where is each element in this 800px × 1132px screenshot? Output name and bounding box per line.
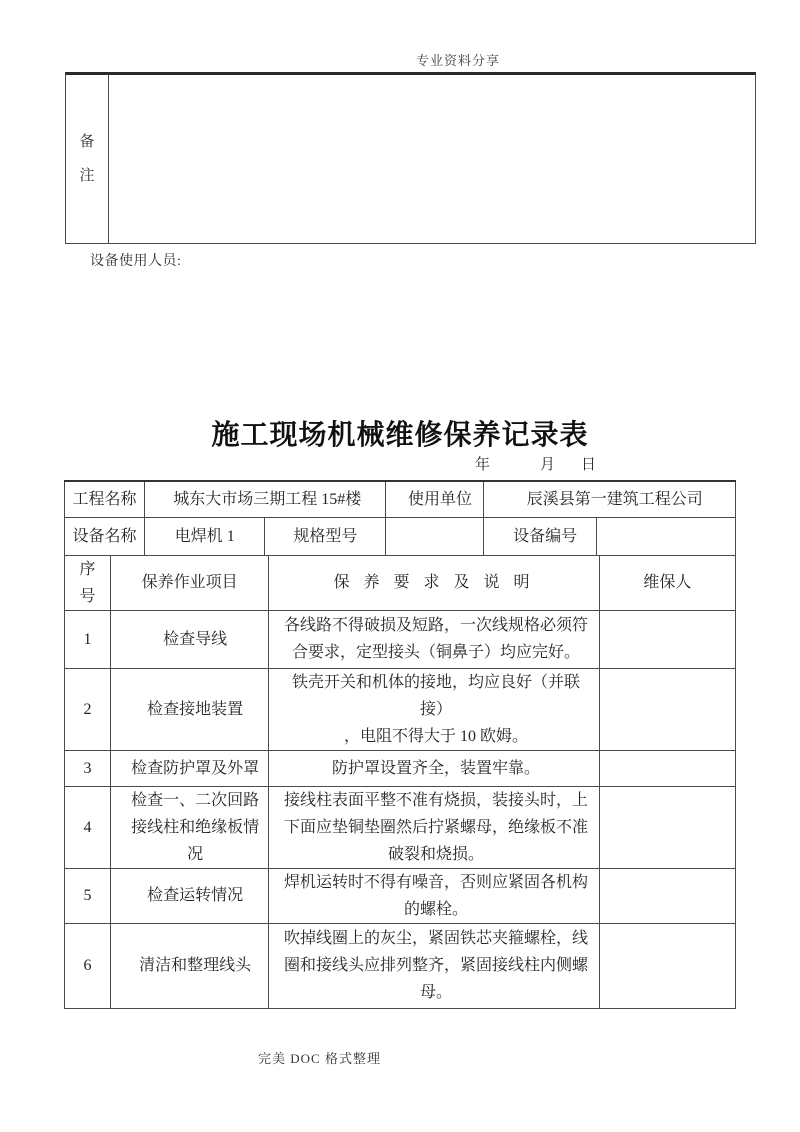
row-maintainer: [599, 868, 735, 923]
row-requirement: 防护罩设置齐全，装置牢靠。: [269, 750, 599, 786]
spec-model-label: 规格型号: [265, 517, 386, 555]
project-name-label: 工程名称: [65, 481, 145, 517]
maintenance-record-table: 工程名称 城东大市场三期工程 15#楼 使用单位 辰溪县第一建筑工程公司 设备名…: [64, 480, 736, 1009]
info-row-project: 工程名称 城东大市场三期工程 15#楼 使用单位 辰溪县第一建筑工程公司: [65, 481, 736, 517]
row-requirement: 焊机运转时不得有噪音，否则应紧固各机构 的螺栓。: [269, 868, 599, 923]
row-maintainer: [599, 786, 735, 868]
col-header-seq: 序 号: [65, 555, 111, 610]
table-row: 5 检查运转情况 焊机运转时不得有噪音，否则应紧固各机构 的螺栓。: [65, 868, 736, 923]
row-seq: 1: [65, 610, 111, 668]
device-name-value: 电焊机 1: [145, 517, 265, 555]
remarks-table: 备 注: [65, 72, 756, 244]
table-header-row: 序 号 保养作业项目 保 养 要 求 及 说 明 维保人: [65, 555, 736, 610]
spec-model-value: [386, 517, 483, 555]
remarks-content-cell: [109, 75, 755, 243]
row-requirement: 吹掉线圈上的灰尘，紧固铁芯夹箍螺栓，线 圈和接线头应排列整齐，紧固接线柱内侧螺 …: [269, 923, 599, 1008]
device-number-value: [596, 517, 735, 555]
info-row-device: 设备名称 电焊机 1 规格型号 设备编号: [65, 517, 736, 555]
col-header-item: 保养作业项目: [111, 555, 269, 610]
row-seq: 2: [65, 668, 111, 750]
table-row: 4 检查一、二次回路 接线柱和绝缘板情 况 接线柱表面平整不准有烧损，装接头时，…: [65, 786, 736, 868]
row-requirement: 各线路不得破损及短路，一次线规格必须符 合要求，定型接头（铜鼻子）均应完好。: [269, 610, 599, 668]
row-item: 检查防护罩及外罩: [111, 750, 269, 786]
row-seq: 6: [65, 923, 111, 1008]
remarks-label: 备 注: [79, 125, 94, 193]
table-row: 2 检查接地装置 铁壳开关和机体的接地，均应良好（并联接） ，电阻不得大于 10…: [65, 668, 736, 750]
table-row: 1 检查导线 各线路不得破损及短路，一次线规格必须符 合要求，定型接头（铜鼻子）…: [65, 610, 736, 668]
col-header-requirement: 保 养 要 求 及 说 明: [269, 555, 599, 610]
table-row: 3 检查防护罩及外罩 防护罩设置齐全，装置牢靠。: [65, 750, 736, 786]
top-watermark-text: 专业资料分享: [0, 50, 800, 69]
device-number-label: 设备编号: [483, 517, 596, 555]
table-row: 6 清洁和整理线头 吹掉线圈上的灰尘，紧固铁芯夹箍螺栓，线 圈和接线头应排列整齐…: [65, 923, 736, 1008]
using-unit-value: 辰溪县第一建筑工程公司: [483, 481, 735, 517]
row-item: 清洁和整理线头: [111, 923, 269, 1008]
row-requirement: 铁壳开关和机体的接地，均应良好（并联接） ，电阻不得大于 10 欧姆。: [269, 668, 599, 750]
footer-watermark-text: 完美 DOC 格式整理: [258, 1048, 381, 1067]
document-page: 专业资料分享 备 注 设备使用人员: 施工现场机械维修保养记录表 年 月 日 工…: [0, 0, 800, 1132]
date-year-label: 年: [475, 453, 490, 474]
row-maintainer: [599, 610, 735, 668]
project-name-value: 城东大市场三期工程 15#楼: [145, 481, 386, 517]
row-item: 检查导线: [111, 610, 269, 668]
row-seq: 4: [65, 786, 111, 868]
equipment-user-label: 设备使用人员:: [90, 250, 181, 270]
row-item: 检查运转情况: [111, 868, 269, 923]
row-item: 检查一、二次回路 接线柱和绝缘板情 况: [111, 786, 269, 868]
row-requirement: 接线柱表面平整不准有烧损，装接头时，上 下面应垫铜垫圈然后拧紧螺母，绝缘板不准 …: [269, 786, 599, 868]
date-month-label: 月: [540, 453, 555, 474]
row-item: 检查接地装置: [111, 668, 269, 750]
row-seq: 5: [65, 868, 111, 923]
col-header-maintainer: 维保人: [599, 555, 735, 610]
device-name-label: 设备名称: [65, 517, 145, 555]
using-unit-label: 使用单位: [386, 481, 483, 517]
page-title: 施工现场机械维修保养记录表: [0, 413, 800, 453]
date-day-label: 日: [581, 453, 596, 474]
row-maintainer: [599, 750, 735, 786]
row-seq: 3: [65, 750, 111, 786]
row-maintainer: [599, 923, 735, 1008]
row-maintainer: [599, 668, 735, 750]
remarks-label-cell: 备 注: [66, 75, 109, 243]
